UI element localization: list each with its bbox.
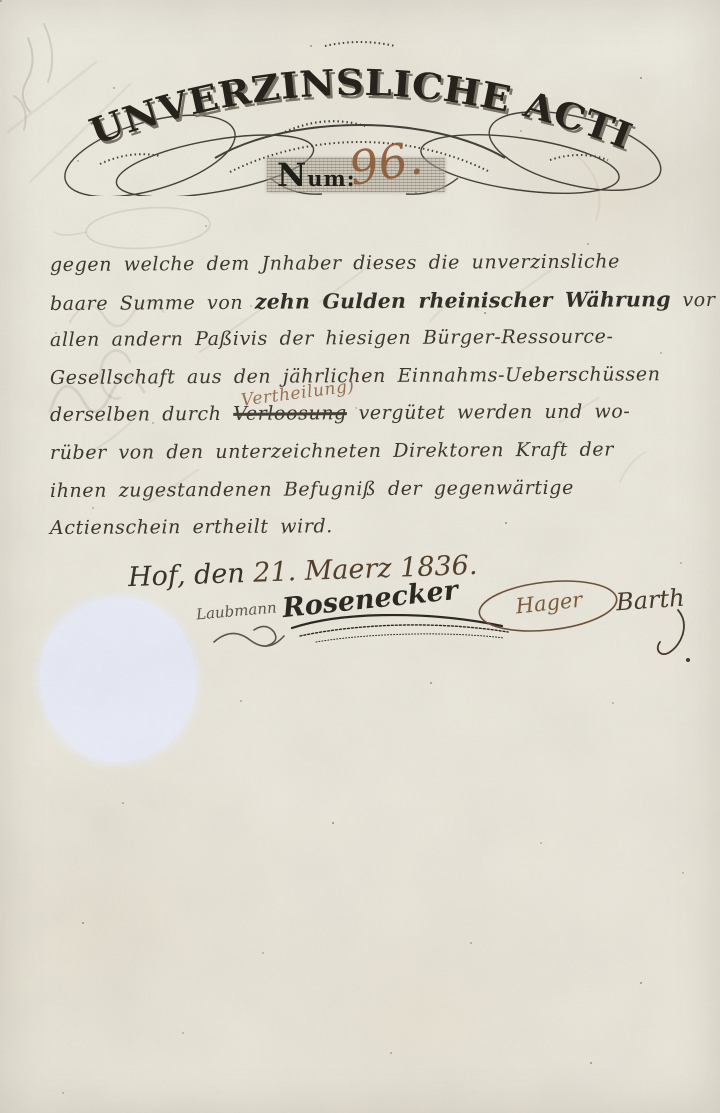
certificate-scan: UNVERZINSLICHE ACTIE. UNVERZINSLICHE ACT… <box>0 0 720 1113</box>
svg-text:UNVERZINSLICHE ACTIE.: UNVERZINSLICHE ACTIE. <box>30 36 638 158</box>
corrected-word: VerloosungVertheilung) <box>233 396 347 434</box>
body-text-line: allen andern Paßivis der hiesigen Bürger… <box>50 318 680 359</box>
body-text-line: Actienschein ertheilt wird. <box>50 506 680 547</box>
body-text: derselben durch <box>50 403 233 426</box>
body-text: vergütet werden und wo- <box>347 401 631 425</box>
body-text: gegen welche dem Jnhaber dieses die unve… <box>50 251 620 276</box>
body-text-line: Gesellschaft aus den jährlichen Einnahms… <box>50 356 680 397</box>
body-text: Actienschein ertheilt wird. <box>50 515 333 539</box>
signature-director-3: Barth <box>615 584 685 617</box>
seal-removal-patch <box>40 598 196 762</box>
body-text: baare Summe von <box>50 291 255 314</box>
signature-clerk: Laubmann <box>195 599 277 624</box>
share-number-plate: Num: 96. <box>267 158 445 192</box>
body-text-line: ihnen zugestandenen Befugniß der gegenwä… <box>50 469 680 510</box>
body-text: vor <box>671 289 716 311</box>
signature-director-2-group: Hager <box>476 578 622 636</box>
body-text: rüber von den unterzeichneten Direktoren… <box>50 439 614 464</box>
amount-emphasis: zehn Gulden rheinischer Währung <box>255 287 671 314</box>
svg-text:UNVERZINSLICHE ACTIE.: UNVERZINSLICHE ACTIE. <box>30 36 640 161</box>
share-number-value: 96. <box>346 134 426 192</box>
body-text-line: rüber von den unterzeichneten Direktoren… <box>50 431 680 472</box>
signature-flourish <box>208 622 292 654</box>
document-title-shadow: UNVERZINSLICHE ACTIE. <box>30 36 640 161</box>
signature-flourish <box>648 608 708 668</box>
body-text: Gesellschaft aus den jährlichen Einnahms… <box>50 363 661 389</box>
body-text-line: gegen welche dem Jnhaber dieses die unve… <box>50 243 680 284</box>
body-text: allen andern Paßivis der hiesigen Bürger… <box>50 326 614 351</box>
dateline-place: Hof, den <box>128 558 254 593</box>
body-text: ihnen zugestandenen Befugniß der gegenwä… <box>50 476 574 501</box>
body-text-line: derselben durch VerloosungVertheilung) v… <box>50 394 680 435</box>
document-title: UNVERZINSLICHE ACTIE. <box>30 36 638 158</box>
certificate-body: gegen welche dem Jnhaber dieses die unve… <box>50 247 680 548</box>
body-text-line: baare Summe von zehn Gulden rheinischer … <box>50 281 680 322</box>
paper-speckles <box>0 0 2 2</box>
